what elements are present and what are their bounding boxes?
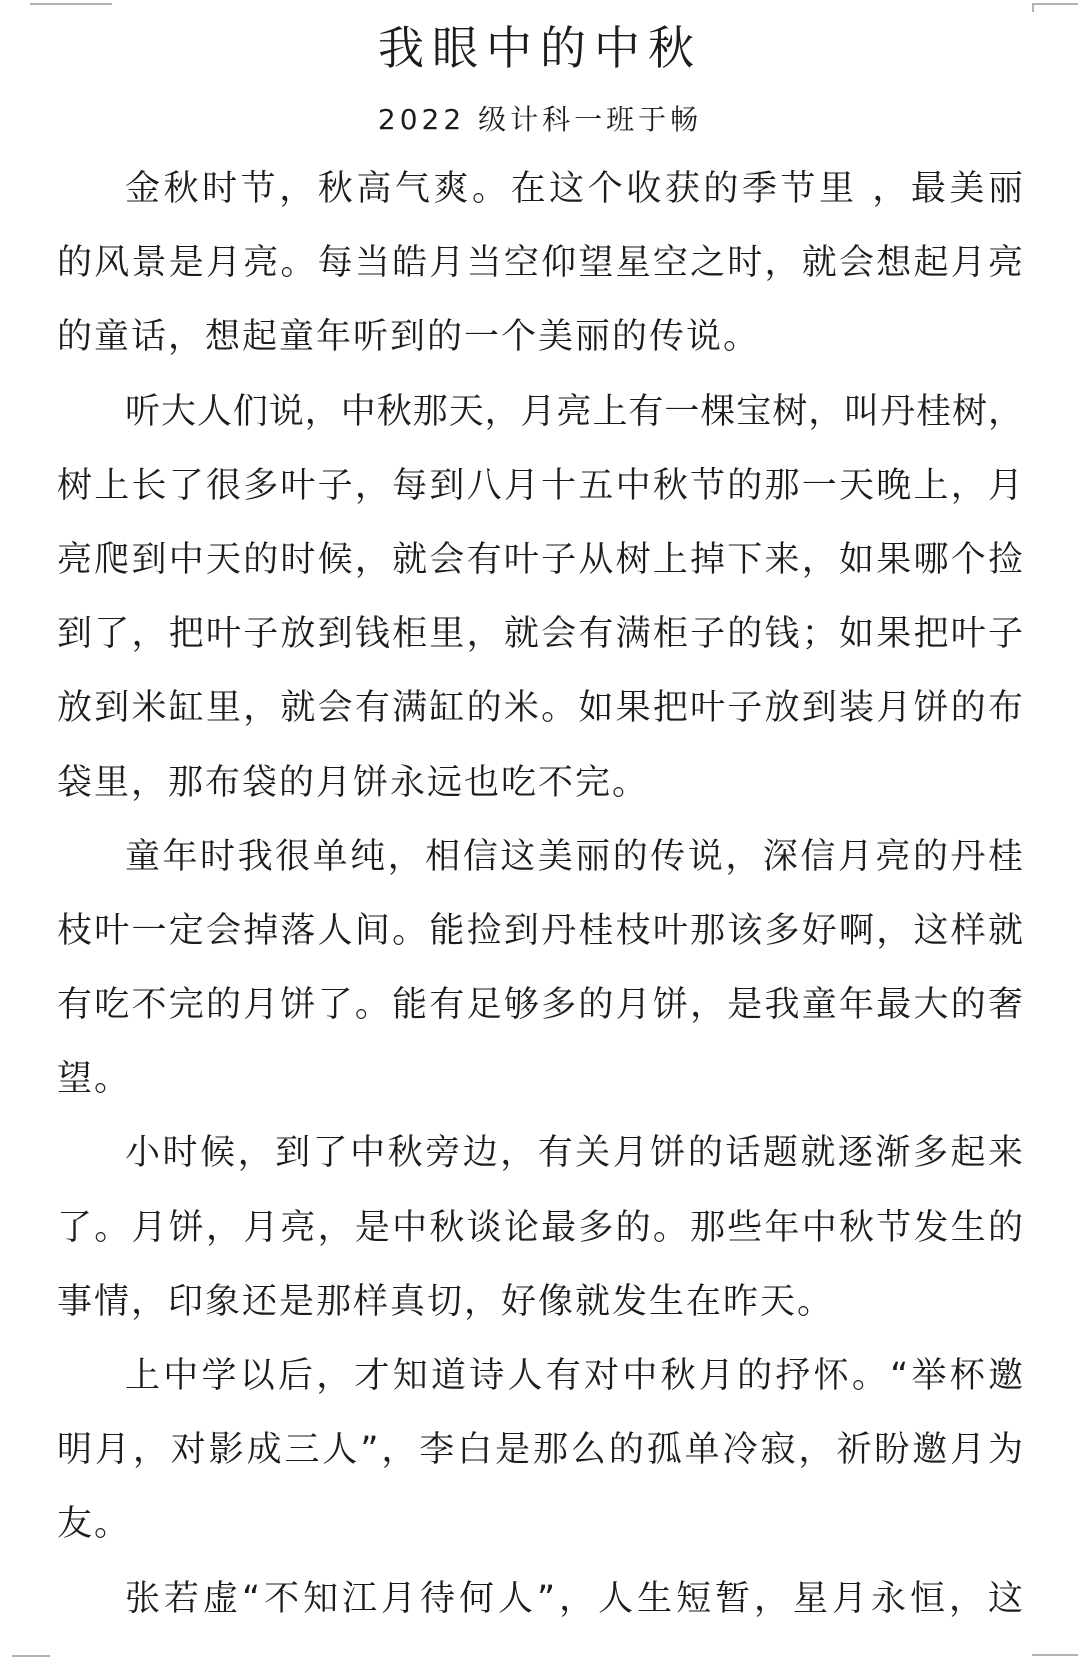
essay-line: 枝叶一定会掉落人间。能捡到丹桂枝叶那该多好啊，这样就 [57, 894, 1023, 968]
essay-line: 金秋时节，秋高气爽。在这个收获的季节里 ，最美丽 [57, 152, 1023, 226]
essay-line: 到了，把叶子放到钱柜里，就会有满柜子的钱；如果把叶子 [57, 597, 1023, 671]
crop-mark-bottom-right [1032, 1654, 1078, 1656]
crop-mark-bottom-left [12, 1655, 50, 1657]
essay-line: 袋里，那布袋的月饼永远也吃不完。 [57, 746, 1023, 820]
essay-line: 事情，印象还是那样真切，好像就发生在昨天。 [57, 1265, 1023, 1339]
essay-line: 放到米缸里，就会有满缸的米。如果把叶子放到装月饼的布 [57, 671, 1023, 745]
essay-line: 张若虚“不知江月待何人”，人生短暂，星月永恒，这 [57, 1562, 1023, 1636]
essay-line: 望。 [57, 1042, 1023, 1116]
essay-line: 的风景是月亮。每当皓月当空仰望星空之时，就会想起月亮 [57, 226, 1023, 300]
essay-title: 我眼中的中秋 [0, 12, 1080, 78]
essay-line: 听大人们说，中秋那天，月亮上有一棵宝树，叫丹桂树， [57, 375, 1023, 449]
essay-line: 友。 [57, 1487, 1023, 1561]
essay-line: 上中学以后，才知道诗人有对中秋月的抒怀。“举杯邀 [57, 1339, 1023, 1413]
crop-mark-top-right-tick [1032, 3, 1034, 12]
essay-line: 树上长了很多叶子，每到八月十五中秋节的那一天晚上，月 [57, 449, 1023, 523]
crop-mark-top-left [30, 3, 112, 5]
essay-line: 小时候，到了中秋旁边，有关月饼的话题就逐渐多起来 [57, 1116, 1023, 1190]
essay-line: 童年时我很单纯，相信这美丽的传说，深信月亮的丹桂 [57, 820, 1023, 894]
essay-line: 有吃不完的月饼了。能有足够多的月饼，是我童年最大的奢 [57, 968, 1023, 1042]
essay-line: 了。月饼，月亮，是中秋谈论最多的。那些年中秋节发生的 [57, 1191, 1023, 1265]
essay-author-byline: 2022 级计科一班于畅 [0, 98, 1080, 138]
essay-line: 明月，对影成三人”，李白是那么的孤单冷寂，祈盼邀月为 [57, 1413, 1023, 1487]
crop-mark-top-right [1032, 3, 1078, 5]
document-page: 我眼中的中秋 2022 级计科一班于畅 金秋时节，秋高气爽。在这个收获的季节里 … [0, 0, 1080, 1659]
essay-line: 亮爬到中天的时候，就会有叶子从树上掉下来，如果哪个捡 [57, 523, 1023, 597]
essay-body: 金秋时节，秋高气爽。在这个收获的季节里 ，最美丽 的风景是月亮。每当皓月当空仰望… [57, 152, 1023, 1636]
essay-line: 的童话，想起童年听到的一个美丽的传说。 [57, 300, 1023, 374]
